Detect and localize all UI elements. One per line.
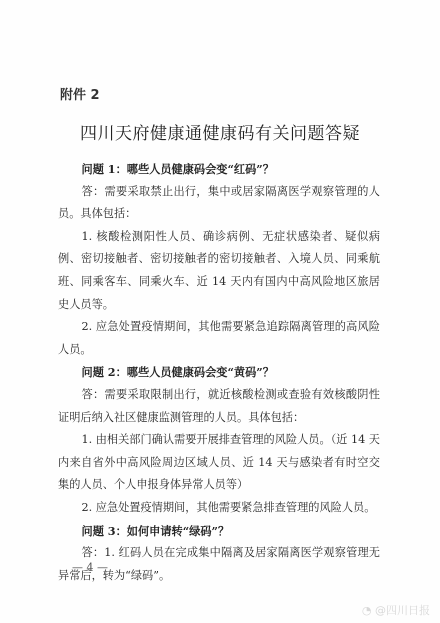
page-number: — 4 —: [72, 561, 108, 574]
document-body: 问题 1：哪些人员健康码会变“红码”？ 答：需要采取禁止出行，集中或居家隔离医学…: [58, 158, 380, 587]
answer-paragraph: 1. 核酸检测阳性人员、确诊病例、无症状感染者、疑似病例、密切接触者、密切接触者…: [58, 226, 380, 316]
watermark: ◔ @四川日报: [362, 602, 430, 618]
weibo-icon: ◔: [362, 604, 372, 617]
question-2: 问题 2：哪些人员健康码会变“黄码”？: [58, 361, 380, 384]
answer-paragraph: 2. 应急处置疫情期间，其他需要紧急追踪隔离管理的高风险人员。: [58, 316, 380, 361]
answer-paragraph: 答：需要采取限制出行，就近核酸检测或查验有效核酸阴性证明后纳入社区健康监测管理的…: [58, 384, 380, 429]
attachment-label: 附件 2: [60, 84, 100, 103]
watermark-text: @四川日报: [375, 604, 430, 617]
answer-paragraph: 答：需要采取禁止出行，集中或居家隔离医学观察管理的人员。具体包括：: [58, 181, 380, 226]
answer-paragraph: 2. 应急处置疫情期间，其他需要紧急排查管理的风险人员。: [58, 497, 380, 520]
document-title: 四川天府健康通健康码有关问题答疑: [0, 119, 440, 144]
question-3: 问题 3：如何申请转“绿码”？: [58, 520, 380, 543]
answer-paragraph: 1. 由相关部门确认需要开展排查管理的风险人员。（近 14 天内来自省外中高风险…: [58, 429, 380, 497]
question-1: 问题 1：哪些人员健康码会变“红码”？: [58, 158, 380, 181]
